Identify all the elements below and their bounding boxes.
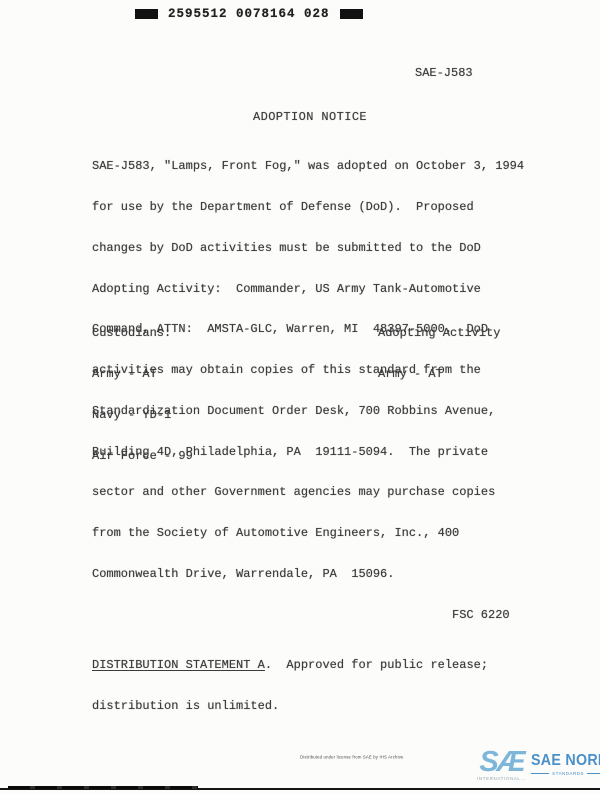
custodian-item: Army - AT bbox=[92, 368, 193, 382]
custodian-item: Navy - YD-1 bbox=[92, 409, 193, 423]
custodian-item: Air Force - 99 bbox=[92, 450, 193, 464]
body-line: changes by DoD activities must be submit… bbox=[92, 242, 532, 256]
adopting-activity-value: Army - AT bbox=[378, 368, 500, 382]
code-block-left bbox=[135, 9, 158, 19]
doc-number: SAE-J583 bbox=[415, 66, 473, 80]
document-code: 2595512 0078164 028 bbox=[168, 7, 330, 21]
tagline-rule-right bbox=[587, 773, 600, 774]
body-line: sector and other Government agencies may… bbox=[92, 486, 532, 500]
custodians-section: Custodians: Army - AT Navy - YD-1 Air Fo… bbox=[92, 300, 193, 477]
code-block-right bbox=[340, 9, 363, 19]
distribution-statement: DISTRIBUTION STATEMENT A. Approved for p… bbox=[92, 631, 488, 728]
sae-logo-subtext: INTERNATIONAL... bbox=[477, 776, 526, 781]
distribution-label: DISTRIBUTION STATEMENT A bbox=[92, 658, 265, 672]
sae-norm-wordmark: SAE NORM STANDARDS bbox=[531, 752, 600, 776]
sae-logo-icon: SÆ bbox=[479, 749, 523, 775]
body-line: SAE-J583, "Lamps, Front Fog," was adopte… bbox=[92, 160, 532, 174]
adopting-activity-section: Adopting Activity Army - AT bbox=[378, 300, 500, 395]
adopting-activity-heading: Adopting Activity bbox=[378, 327, 500, 341]
body-line: Adopting Activity: Commander, US Army Ta… bbox=[92, 283, 532, 297]
body-line: from the Society of Automotive Engineers… bbox=[92, 527, 532, 541]
distribution-line1: DISTRIBUTION STATEMENT A. Approved for p… bbox=[92, 659, 488, 673]
custodians-heading: Custodians: bbox=[92, 327, 193, 341]
sae-logo-mark-wrap: SÆ INTERNATIONAL... bbox=[477, 749, 526, 781]
body-line: Commonwealth Drive, Warrendale, PA 15096… bbox=[92, 568, 532, 582]
sae-norm-tagline: STANDARDS bbox=[531, 771, 600, 776]
sae-norm-logo: SÆ INTERNATIONAL... SAE NORM STANDARDS bbox=[477, 749, 599, 789]
page-title: ADOPTION NOTICE bbox=[253, 110, 367, 124]
bottom-scan-line-left-segment bbox=[8, 786, 198, 789]
sae-norm-name: SAE NORM bbox=[531, 752, 600, 769]
header-code-row: 2595512 0078164 028 bbox=[135, 7, 363, 21]
tagline-rule-left bbox=[531, 773, 549, 774]
footer-license-microtext: Distributed under license from SAE by IH… bbox=[300, 755, 404, 760]
scanned-document-page: { "header": { "code": "2595512 0078164 0… bbox=[0, 0, 600, 794]
tagline-text: STANDARDS bbox=[552, 771, 584, 776]
body-line: for use by the Department of Defense (Do… bbox=[92, 201, 532, 215]
distribution-rest: . Approved for public release; bbox=[265, 658, 488, 672]
fsc-code: FSC 6220 bbox=[452, 608, 510, 622]
distribution-line2: distribution is unlimited. bbox=[92, 700, 488, 714]
